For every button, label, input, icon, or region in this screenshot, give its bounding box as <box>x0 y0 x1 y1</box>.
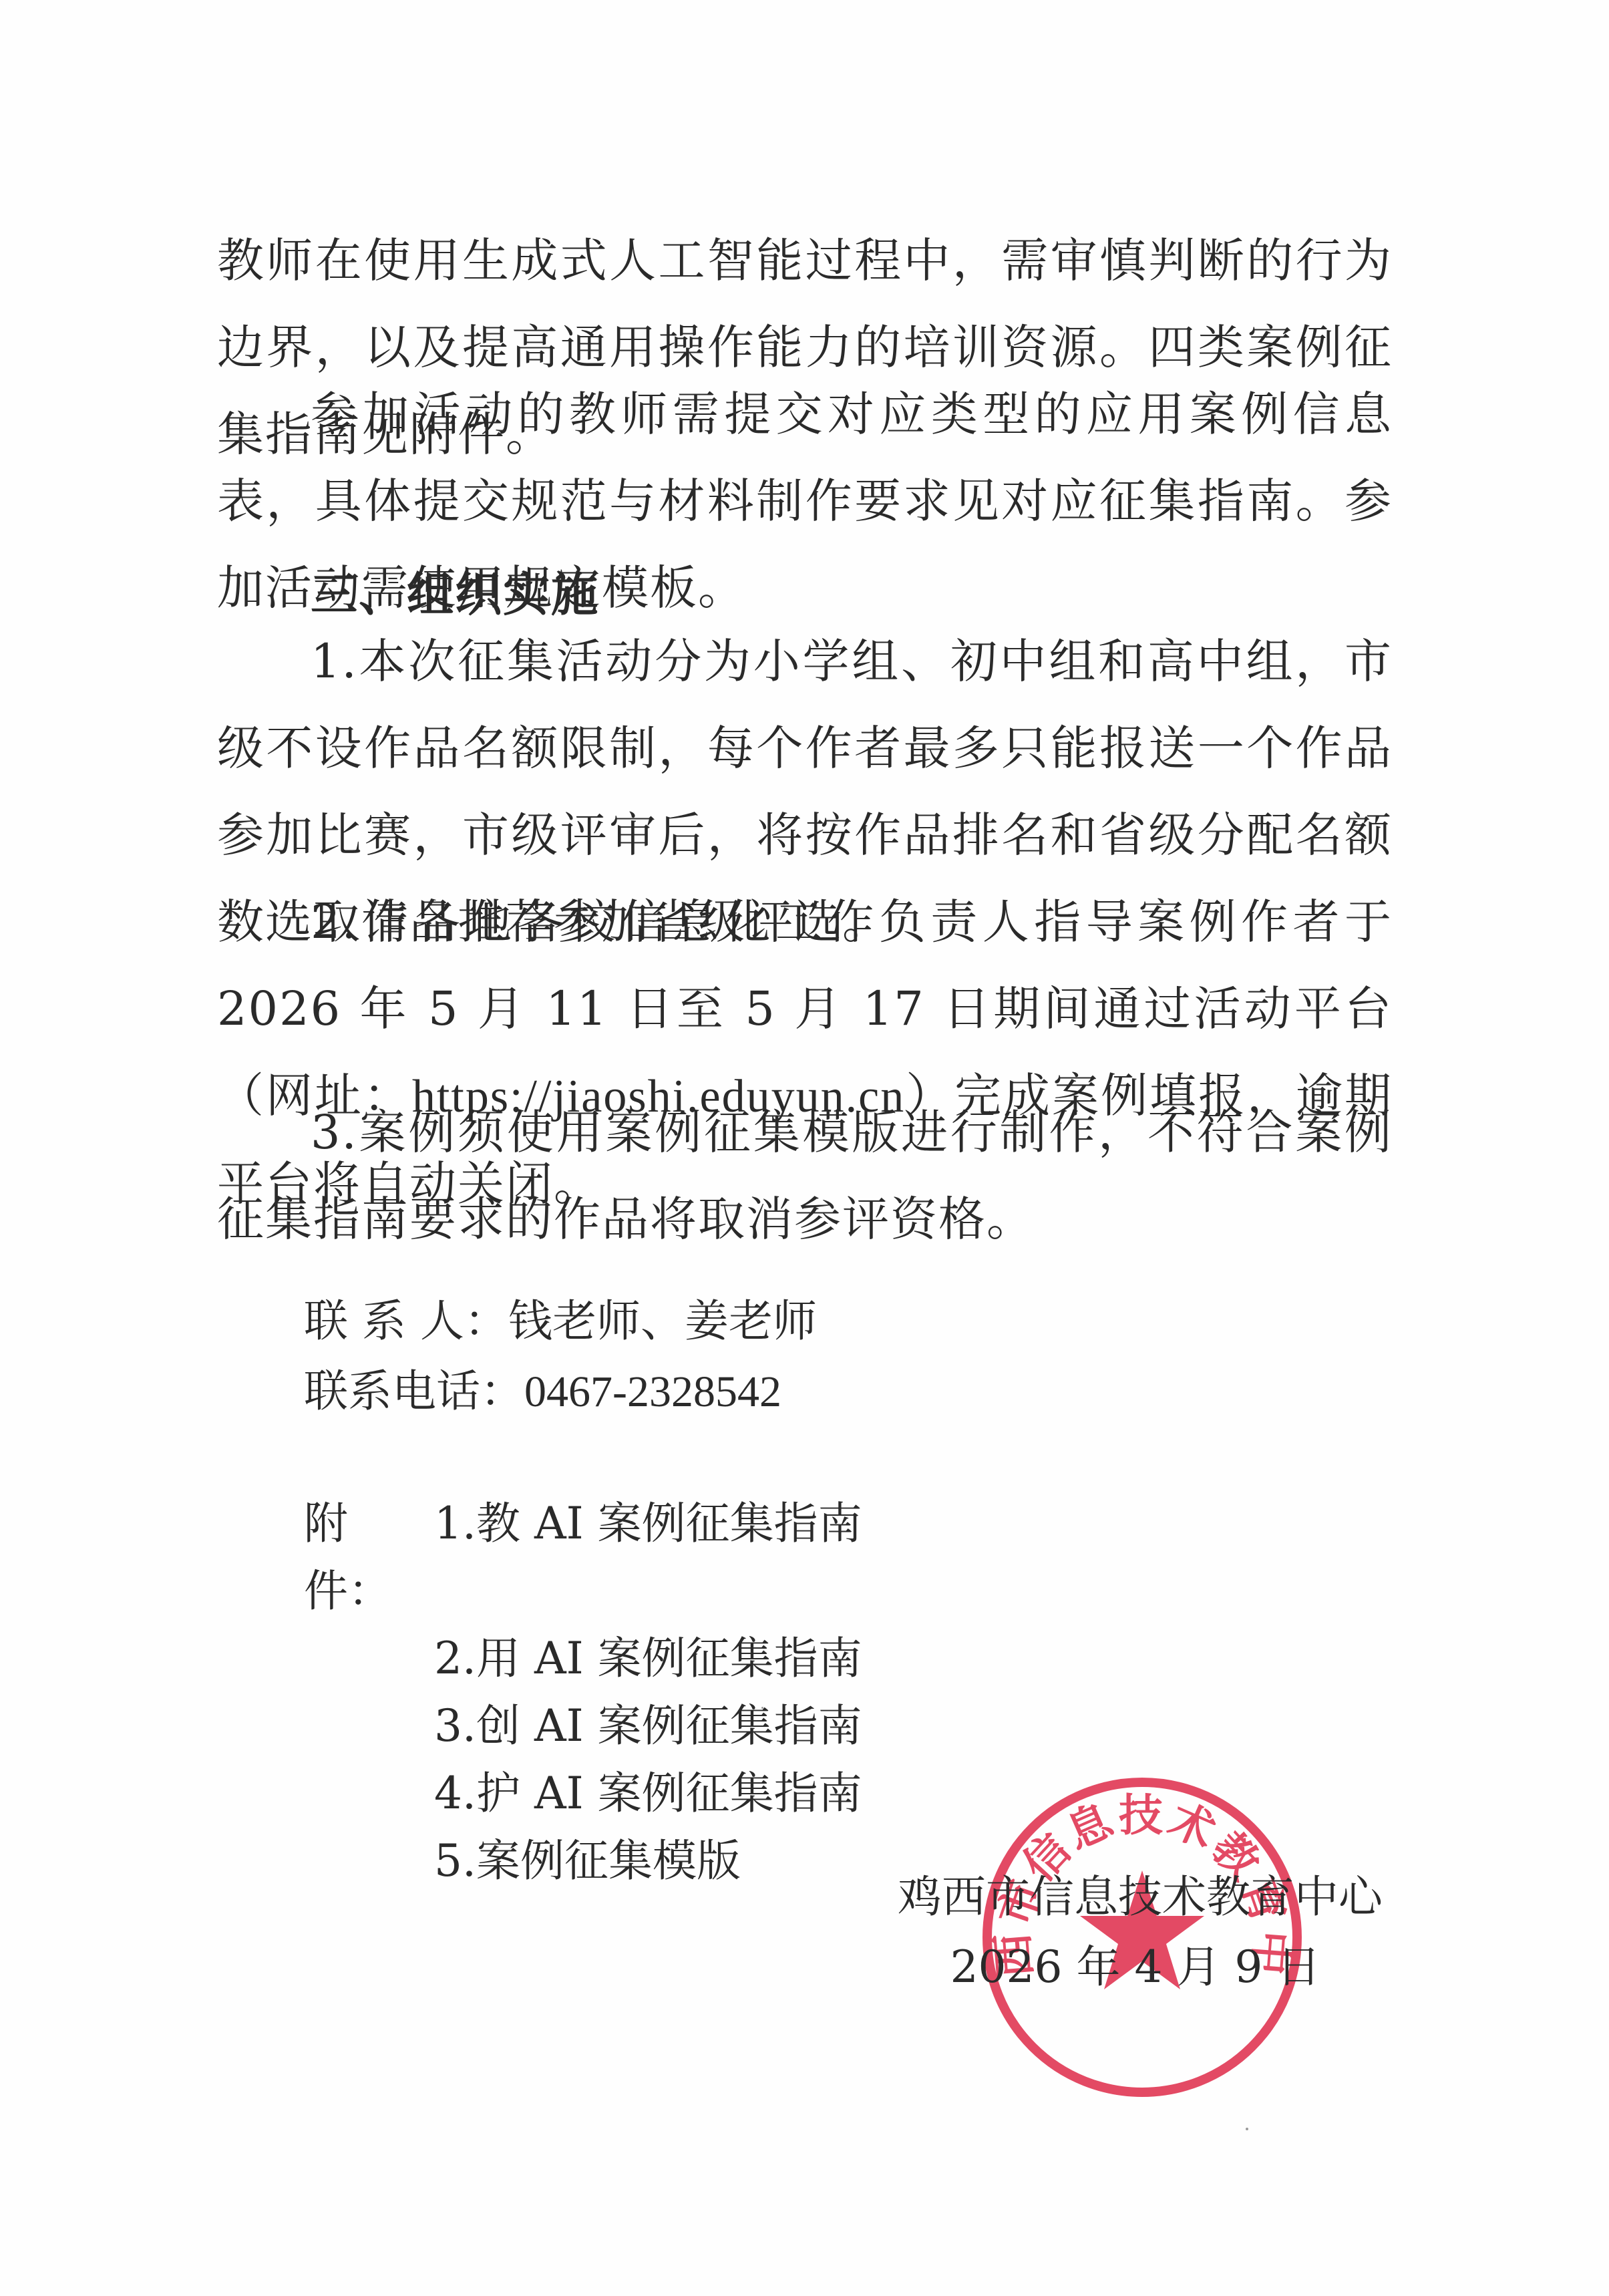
scan-speck <box>761 1707 763 1709</box>
attachment-row: 5.案例征集模版 <box>304 1827 862 1895</box>
contact-person-row: 联 系 人：钱老师、姜老师 <box>304 1286 817 1356</box>
attachment-row: 4.护 AI 案例征集指南 <box>304 1760 862 1827</box>
item-3-template-requirement: 3.案例须使用案例征集模版进行制作，不符合案例征集指南要求的作品将取消参评资格。 <box>217 1089 1393 1263</box>
contact-person-value: 钱老师、姜老师 <box>508 1295 817 1347</box>
contact-phone-label: 联系电话： <box>304 1365 524 1417</box>
attachment-item: 3.创 AI 案例征集指南 <box>434 1692 862 1760</box>
attachment-item: 5.案例征集模版 <box>434 1827 741 1895</box>
scan-speck <box>1246 2128 1248 2130</box>
attachment-item: 4.护 AI 案例征集指南 <box>434 1760 862 1827</box>
attachments-list: 附件： 1.教 AI 案例征集指南 2.用 AI 案例征集指南 3.创 AI 案… <box>304 1490 862 1895</box>
document-page: 教师在使用生成式人工智能过程中，需审慎判断的行为边界，以及提高通用操作能力的培训… <box>0 0 1609 2296</box>
attachment-item: 1.教 AI 案例征集指南 <box>434 1490 862 1625</box>
attachments-label: 附件： <box>304 1490 434 1625</box>
signature-date: 2026 年 4 月 9 日 <box>948 1934 1322 2001</box>
contact-phone-value: 0467-2328542 <box>524 1367 781 1416</box>
attachment-row: 2.用 AI 案例征集指南 <box>304 1625 862 1692</box>
signature-organization: 鸡西市信息技术教育中心 <box>895 1864 1383 1931</box>
attachment-item: 2.用 AI 案例征集指南 <box>434 1625 862 1692</box>
contact-phone-row: 联系电话：0467-2328542 <box>304 1356 781 1427</box>
attachment-row: 附件： 1.教 AI 案例征集指南 <box>304 1490 862 1625</box>
contact-person-label: 联 系 人： <box>304 1295 508 1347</box>
attachment-row: 3.创 AI 案例征集指南 <box>304 1692 862 1760</box>
